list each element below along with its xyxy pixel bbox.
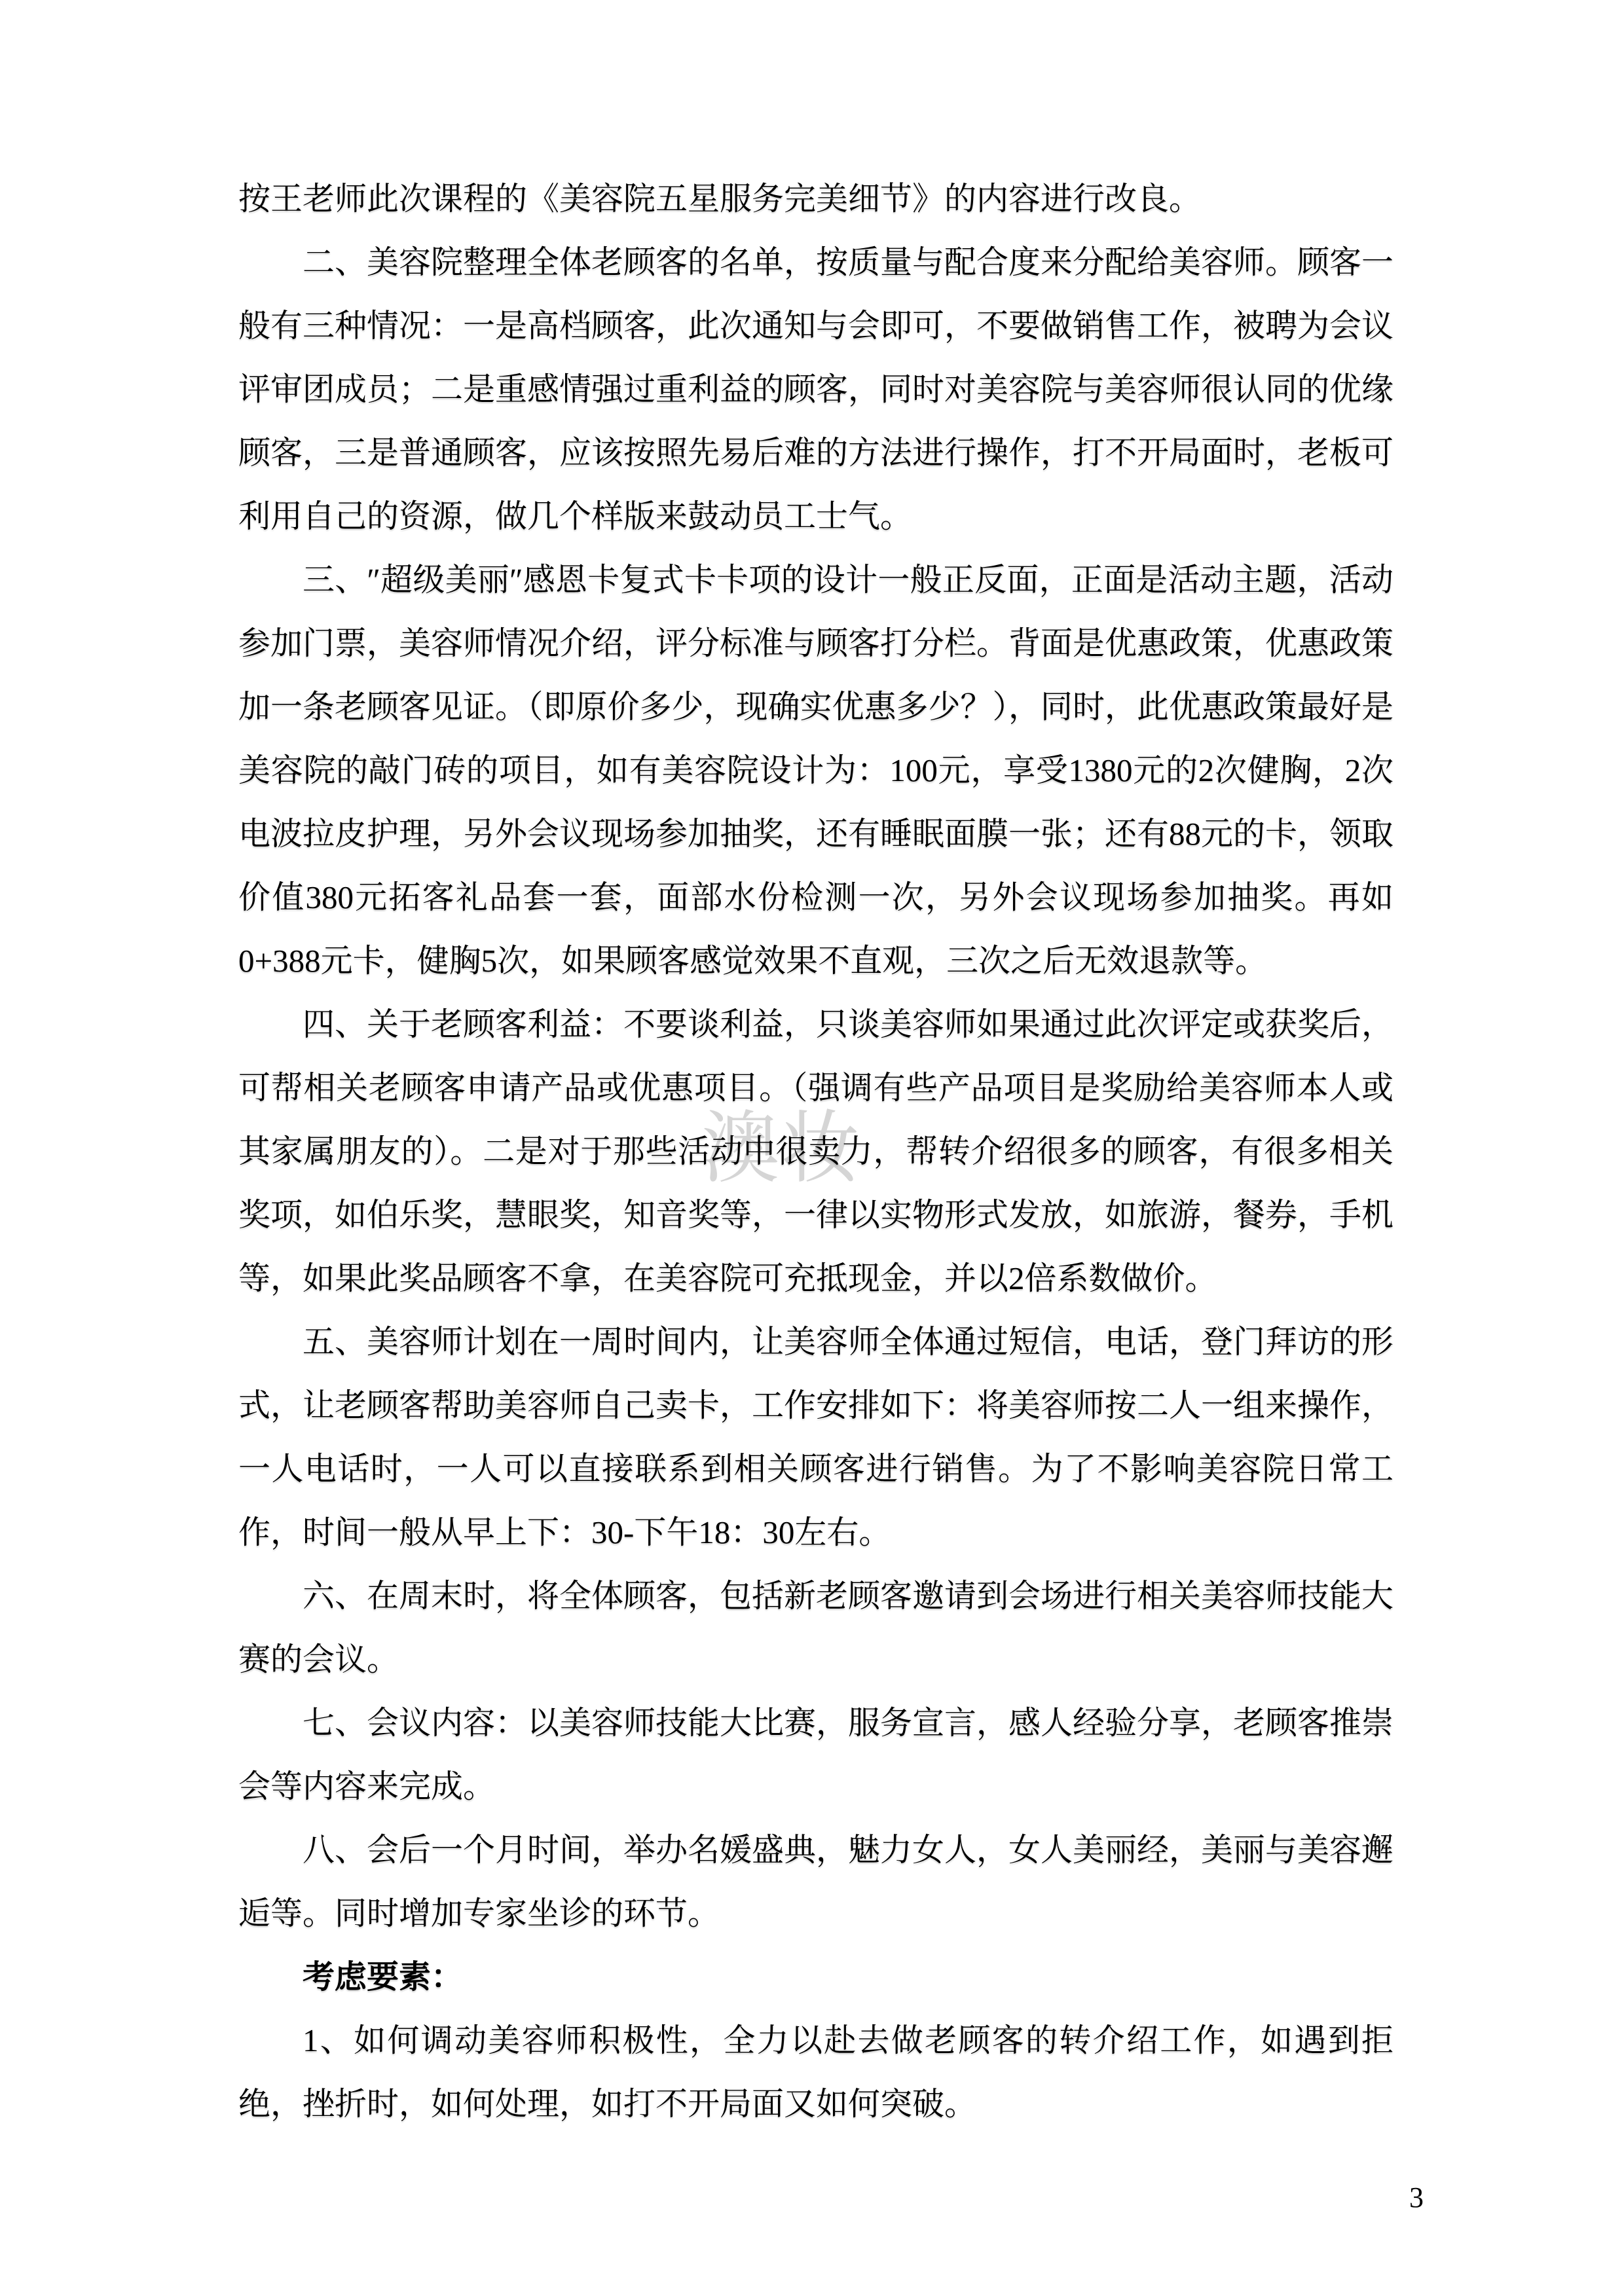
page-body: 按王老师此次课程的《美容院五星服务完美细节》的内容进行改良。 二、美容院整理全体… xyxy=(238,167,1393,2136)
body-paragraph: 三、″超级美丽″感恩卡复式卡卡项的设计一般正反面，正面是活动主题，活动参加门票，… xyxy=(238,548,1393,993)
page-number: 3 xyxy=(1409,2183,1424,2212)
document-page: 澳妆 按王老师此次课程的《美容院五星服务完美细节》的内容进行改良。 二、美容院整… xyxy=(0,0,1624,2296)
body-paragraph: 二、美容院整理全体老顾客的名单，按质量与配合度来分配给美容师。顾客一般有三种情况… xyxy=(238,230,1393,548)
body-paragraph: 按王老师此次课程的《美容院五星服务完美细节》的内容进行改良。 xyxy=(238,167,1393,230)
body-paragraph: 六、在周末时，将全体顾客，包括新老顾客邀请到会场进行相关美容师技能大赛的会议。 xyxy=(238,1564,1393,1691)
body-paragraph: 七、会议内容：以美容师技能大比赛，服务宣言，感人经验分享，老顾客推崇会等内容来完… xyxy=(238,1691,1393,1818)
body-paragraph: 五、美容师计划在一周时间内，让美容师全体通过短信，电话，登门拜访的形式，让老顾客… xyxy=(238,1310,1393,1564)
body-paragraph: 1、如何调动美容师积极性，全力以赴去做老顾客的转介绍工作，如遇到拒绝，挫折时，如… xyxy=(238,2009,1393,2136)
body-paragraph: 八、会后一个月时间，举办名媛盛典，魅力女人，女人美丽经，美丽与美容邂逅等。同时增… xyxy=(238,1818,1393,1945)
body-paragraph: 四、关于老顾客利益：不要谈利益，只谈美容师如果通过此次评定或获奖后，可帮相关老顾… xyxy=(238,993,1393,1310)
section-heading: 考虑要素： xyxy=(238,1945,1393,2009)
